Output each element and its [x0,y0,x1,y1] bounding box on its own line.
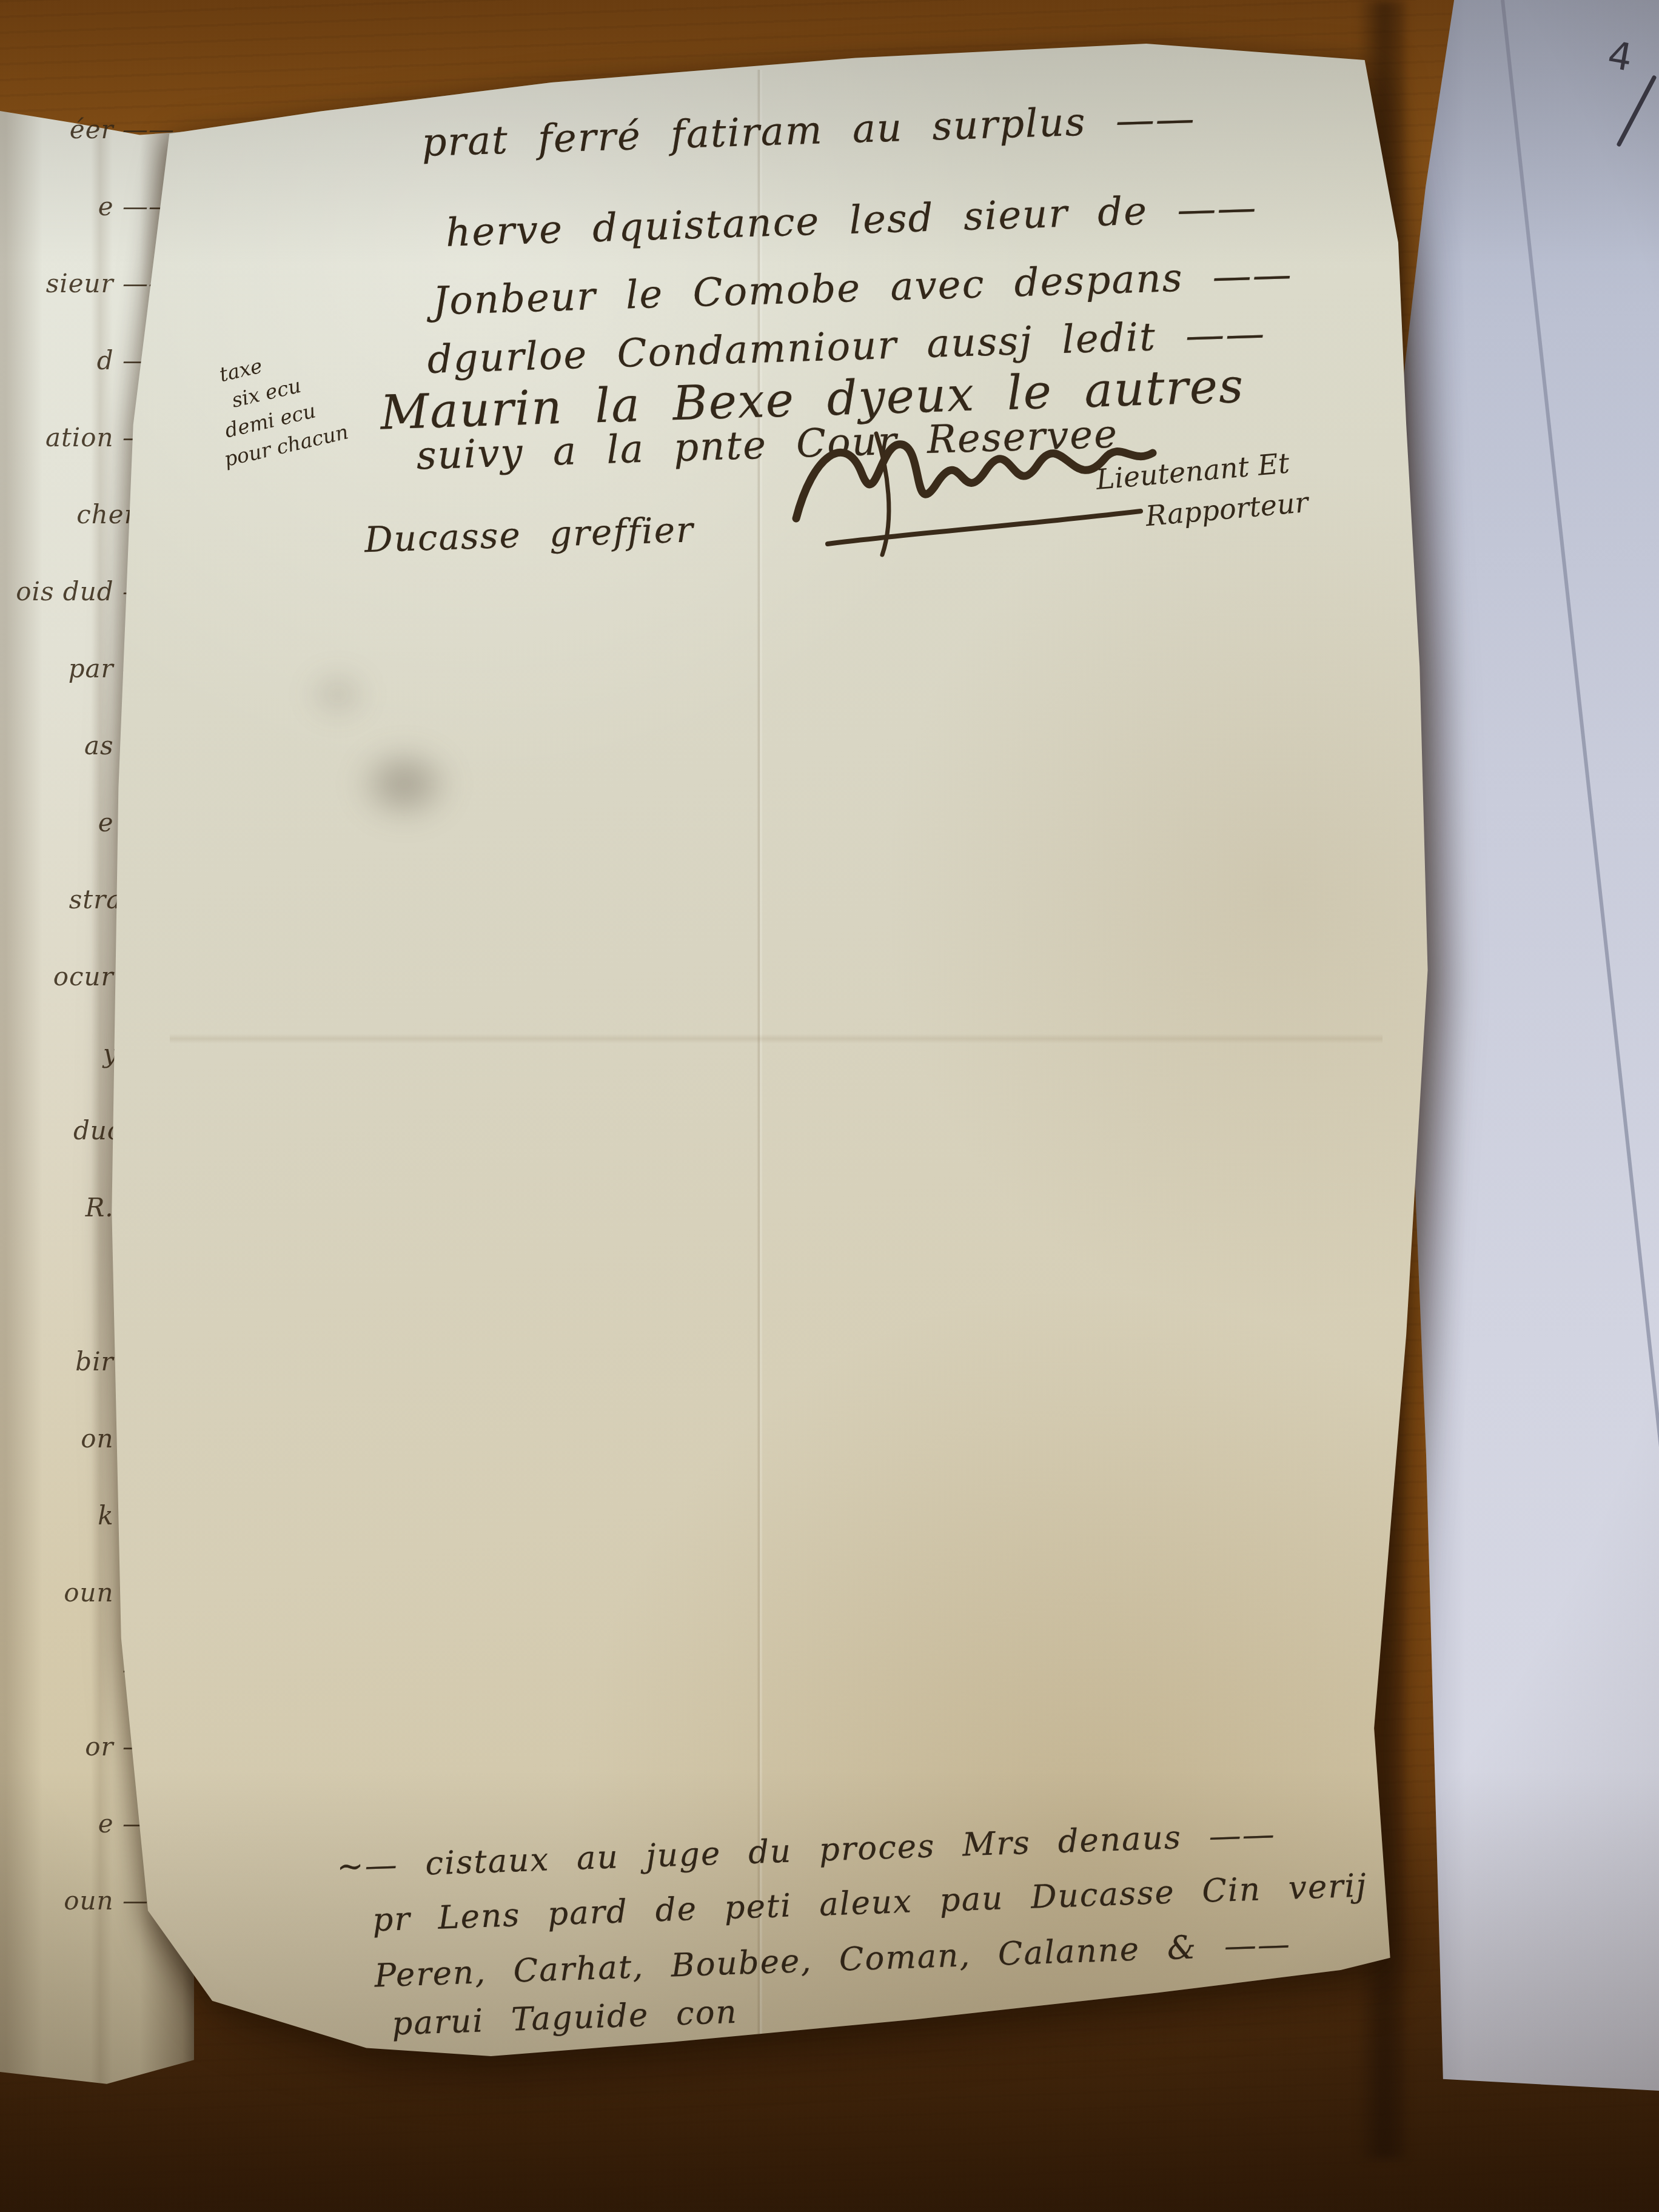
photo-of-manuscript-on-table: éer ——e ——sieur ——d ——ation ——cheminois … [0,0,1659,2212]
bottom-text-block: ~— cistaux au juge du proces Mrs denaus … [33,0,1444,2092]
handwritten-line: ~— cistaux au juge du proces Mrs denaus … [336,1818,1276,1883]
main-page-wrapper: prat ferré fatiram au surplus ——herve dq… [0,0,1659,2212]
handwritten-line: parui Taguide con [392,1996,739,2040]
handwritten-line: Peren, Carhat, Boubee, Coman, Calanne & … [374,1928,1292,1992]
manuscript-page: prat ferré fatiram au surplus ——herve dq… [97,33,1437,2083]
handwritten-line: pr Lens pard de peti aleux pau Ducasse C… [372,1869,1368,1936]
